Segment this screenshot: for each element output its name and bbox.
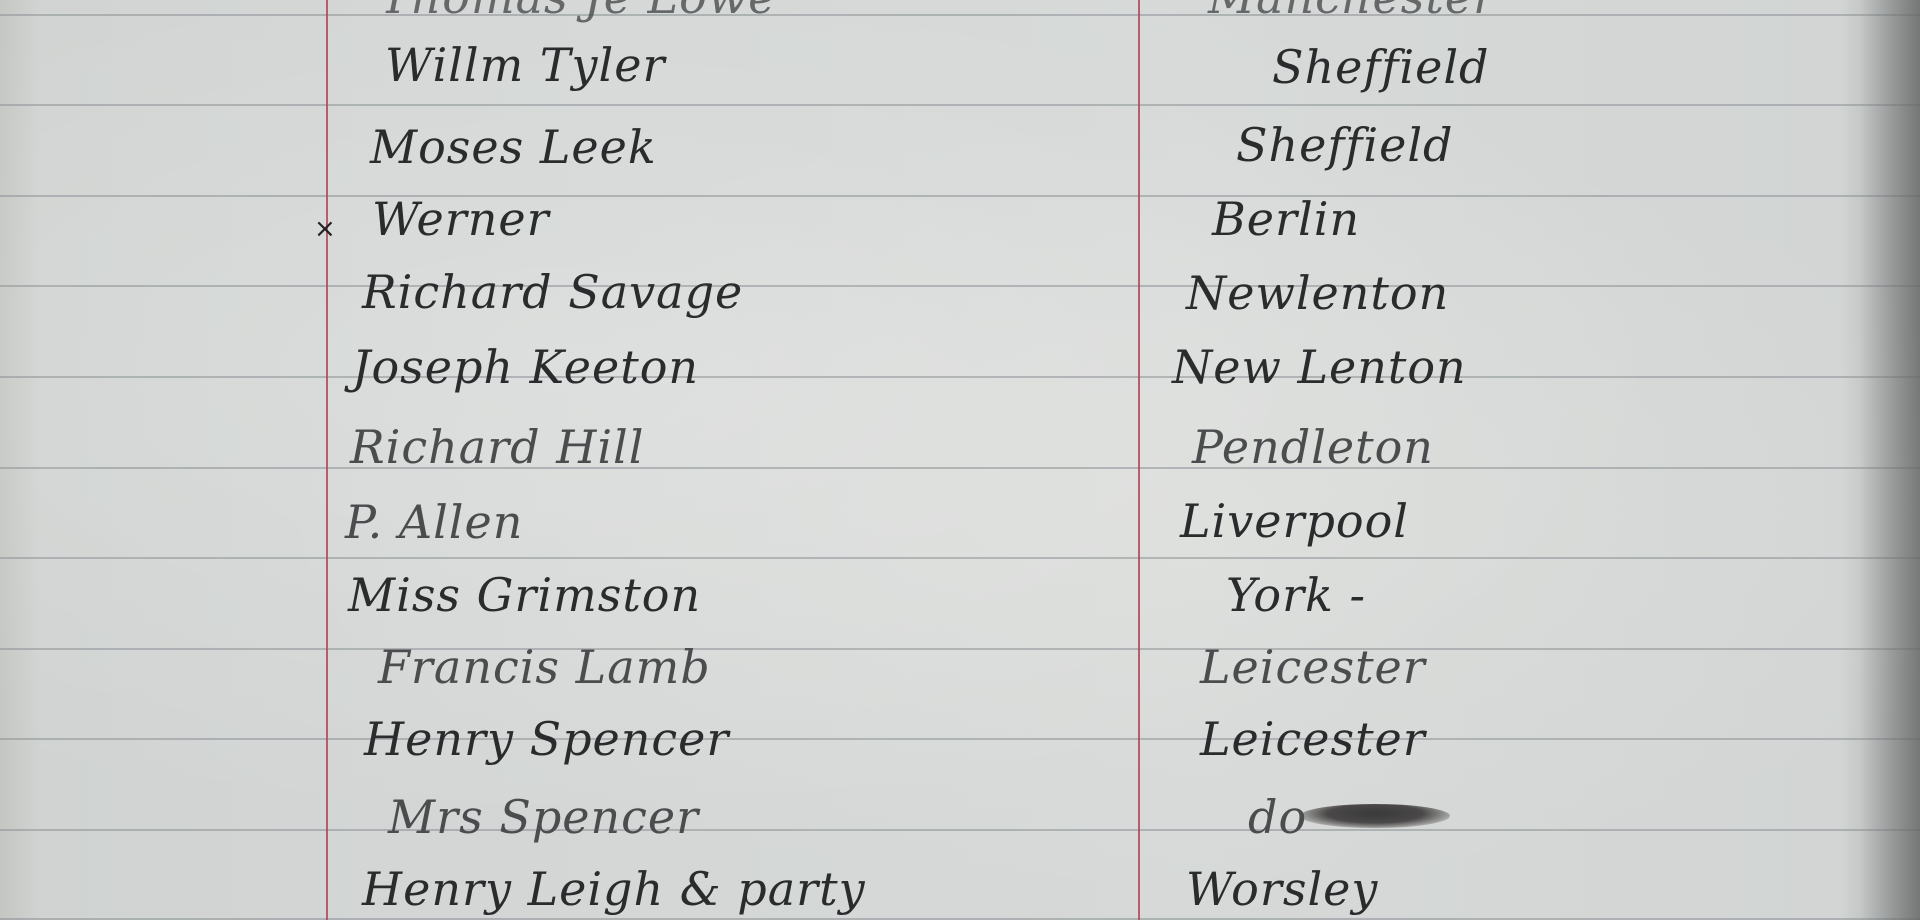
- entry-residence: York -: [1226, 568, 1366, 622]
- entry-name: Henry Spencer: [364, 712, 729, 766]
- entry-name: Richard Hill: [350, 420, 644, 474]
- entry-residence: Worsley: [1186, 862, 1378, 916]
- entry-name: Werner: [372, 192, 550, 246]
- rule-line: [0, 467, 1920, 469]
- rule-line: [0, 104, 1920, 106]
- entry-name: Joseph Keeton: [352, 340, 699, 394]
- entry-residence: do: [1248, 790, 1307, 844]
- entry-residence: Newlenton: [1186, 266, 1449, 320]
- entry-name: Francis Lamb: [378, 640, 711, 694]
- rule-line: [0, 738, 1920, 740]
- entry-residence: Pendleton: [1192, 420, 1434, 474]
- entry-residence: Berlin: [1212, 192, 1360, 246]
- entry-residence: Liverpool: [1180, 494, 1409, 548]
- rule-line: [0, 376, 1920, 378]
- ink-blot: [1300, 804, 1450, 828]
- entry-residence: Manchester: [1208, 0, 1496, 24]
- column-divider-line: [1138, 0, 1140, 920]
- entry-name: Mrs Spencer: [388, 790, 699, 844]
- entry-name: Miss Grimston: [348, 568, 701, 622]
- rule-line: [0, 829, 1920, 831]
- margin-cross-mark: ×: [314, 214, 336, 244]
- entry-residence: Leicester: [1200, 712, 1426, 766]
- entry-residence: Sheffield: [1272, 40, 1490, 94]
- entry-residence: Leicester: [1200, 640, 1426, 694]
- rule-line: [0, 285, 1920, 287]
- rule-line: [0, 648, 1920, 650]
- entry-name: Thomas Je Lowe: [380, 0, 776, 24]
- rule-line: [0, 195, 1920, 197]
- page-edge-shadow: [1860, 0, 1920, 920]
- entry-name: Richard Savage: [362, 265, 743, 319]
- entry-name: Henry Leigh & party: [362, 862, 866, 916]
- left-margin-line: [326, 0, 328, 920]
- entry-name: Willm Tyler: [385, 38, 665, 92]
- entry-residence: Sheffield: [1236, 118, 1454, 172]
- entry-residence: New Lenton: [1172, 340, 1467, 394]
- rule-line: [0, 14, 1920, 16]
- ledger-page: Thomas Je Lowe Willm Tyler Moses Leek × …: [0, 0, 1920, 920]
- entry-name: P. Allen: [345, 495, 523, 549]
- entry-name: Moses Leek: [370, 120, 657, 174]
- rule-line: [0, 557, 1920, 559]
